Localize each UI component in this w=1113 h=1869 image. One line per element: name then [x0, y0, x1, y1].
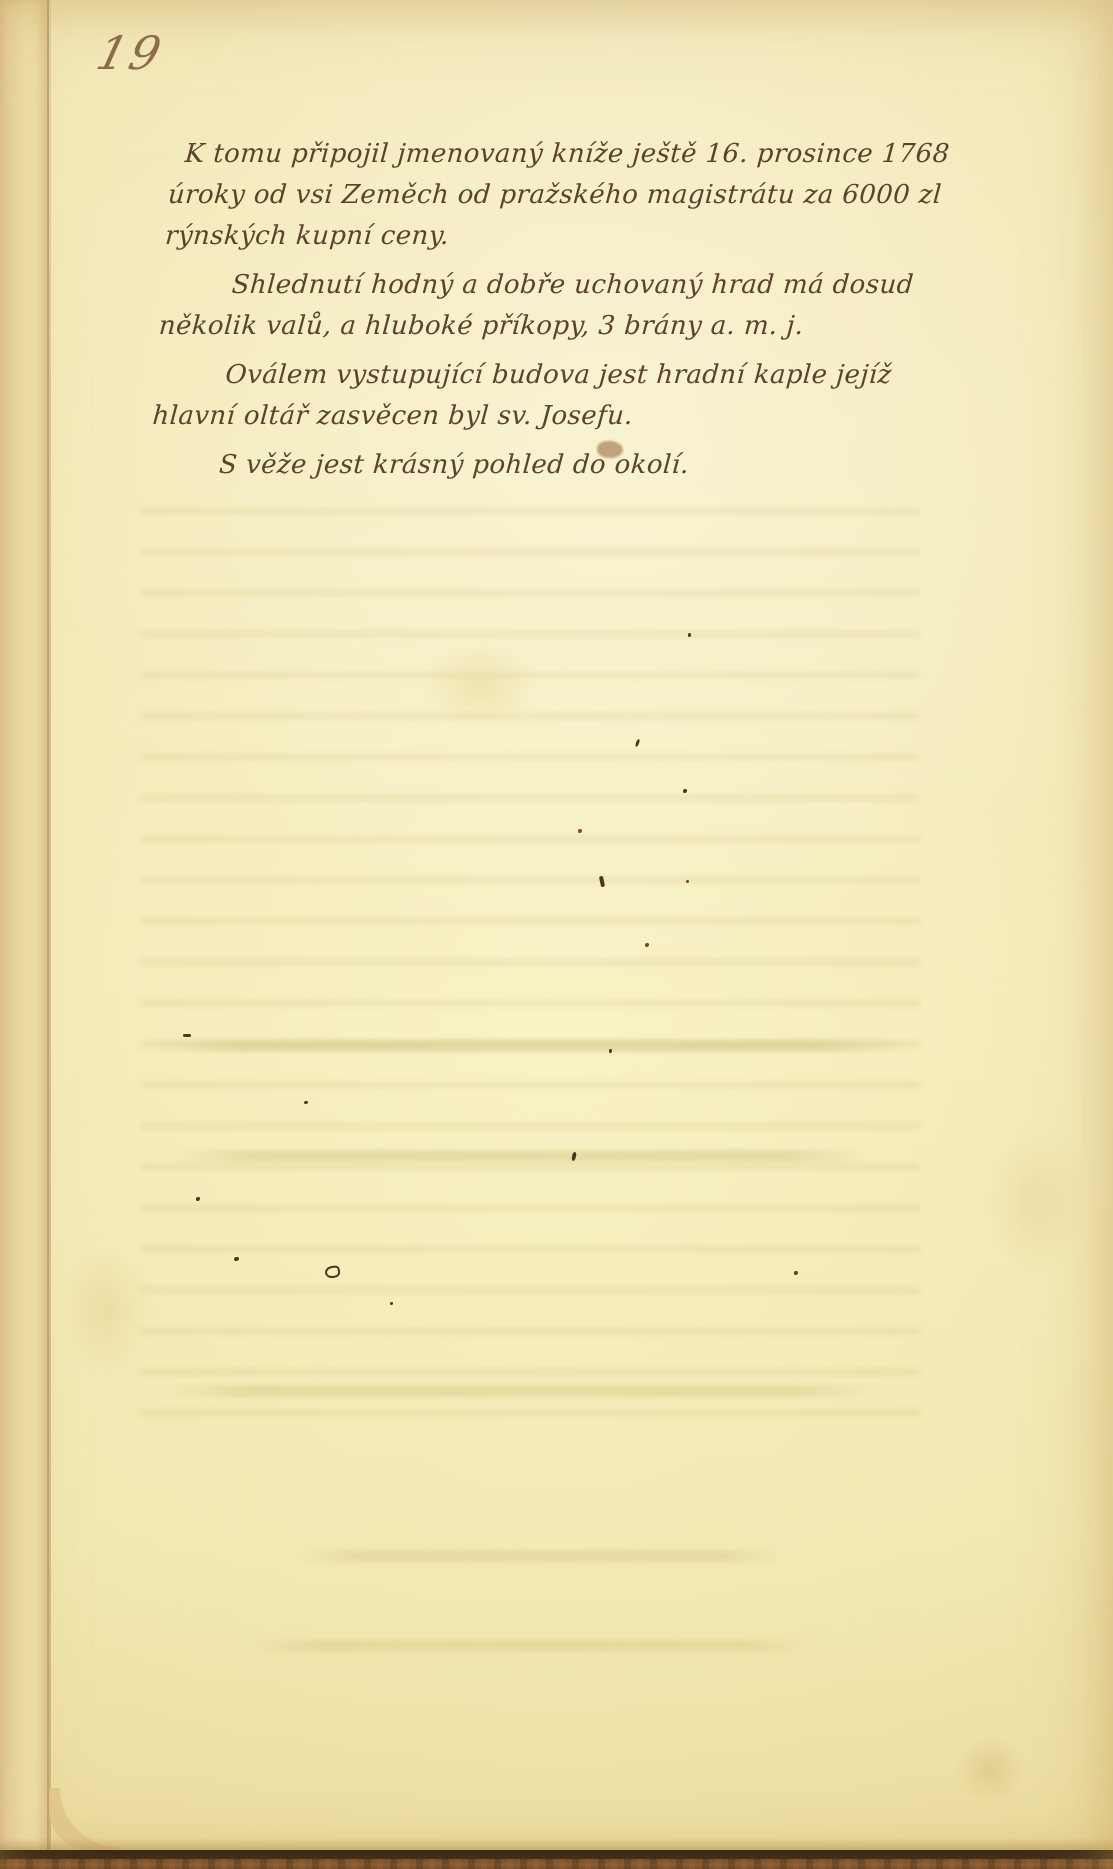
text-line: rýnských kupní ceny. [164, 216, 879, 257]
ink-speck [683, 789, 687, 793]
bleed-through-band [300, 1550, 780, 1562]
ink-speck [234, 1257, 239, 1261]
text-line: úroky od vsi Zeměch od pražského magistr… [167, 175, 882, 216]
ink-speck [609, 1049, 612, 1053]
ink-speck [599, 876, 605, 888]
bleed-through-band [250, 1640, 810, 1652]
ink-speck [183, 1034, 191, 1037]
bleed-through-band [160, 1385, 880, 1397]
ink-speck [688, 633, 691, 637]
paper-stain [955, 1735, 1025, 1805]
text-line: několik valů, a hluboké příkopy, 3 brány… [157, 306, 872, 347]
ink-speck [304, 1101, 308, 1104]
ink-blot [597, 441, 623, 458]
bleed-through-band [170, 1150, 870, 1162]
paper-stain [980, 1120, 1090, 1280]
ink-speck [686, 880, 689, 883]
text-line: hlavní oltář zasvěcen byl sv. Josefu. [151, 396, 866, 437]
paragraph: Oválem vystupující budova jest hradní ka… [151, 355, 869, 437]
page-number: 19 [91, 26, 169, 80]
paragraph: Shlednutí hodný a dobře uchovaný hrad má… [157, 265, 875, 347]
book-cover [0, 1859, 1113, 1869]
book-cover-shadow [0, 1850, 1113, 1859]
ink-squiggle [324, 1265, 341, 1279]
bleed-through-texture [140, 480, 920, 1440]
text-line: S věže jest krásný pohled do okolí. [148, 445, 863, 486]
ink-speck [571, 1152, 577, 1162]
text-line: K tomu připojil jmenovaný kníže ještě 16… [169, 134, 884, 175]
page-left-edge [0, 0, 49, 1851]
ink-speck [794, 1271, 798, 1275]
paper-stain [60, 1240, 150, 1380]
bleed-through-band [150, 1040, 910, 1052]
ink-speck [635, 739, 640, 748]
ink-speck [578, 829, 582, 833]
paper-stain [420, 640, 540, 730]
paragraph: K tomu připojil jmenovaný kníže ještě 16… [164, 134, 885, 257]
scanned-page: 19 K tomu připojil jmenovaný kníže ještě… [0, 0, 1113, 1869]
page-bottom-shadow [0, 1838, 1113, 1850]
ink-speck [645, 943, 649, 947]
ink-speck [196, 1197, 200, 1201]
text-line: Shlednutí hodný a dobře uchovaný hrad má… [160, 265, 875, 306]
manuscript-text: K tomu připojil jmenovaný kníže ještě 16… [148, 134, 885, 486]
page-fold-line [49, 0, 51, 1851]
ink-speck [390, 1302, 393, 1305]
text-line: Oválem vystupující budova jest hradní ka… [154, 355, 869, 396]
paragraph: S věže jest krásný pohled do okolí. [148, 445, 863, 486]
